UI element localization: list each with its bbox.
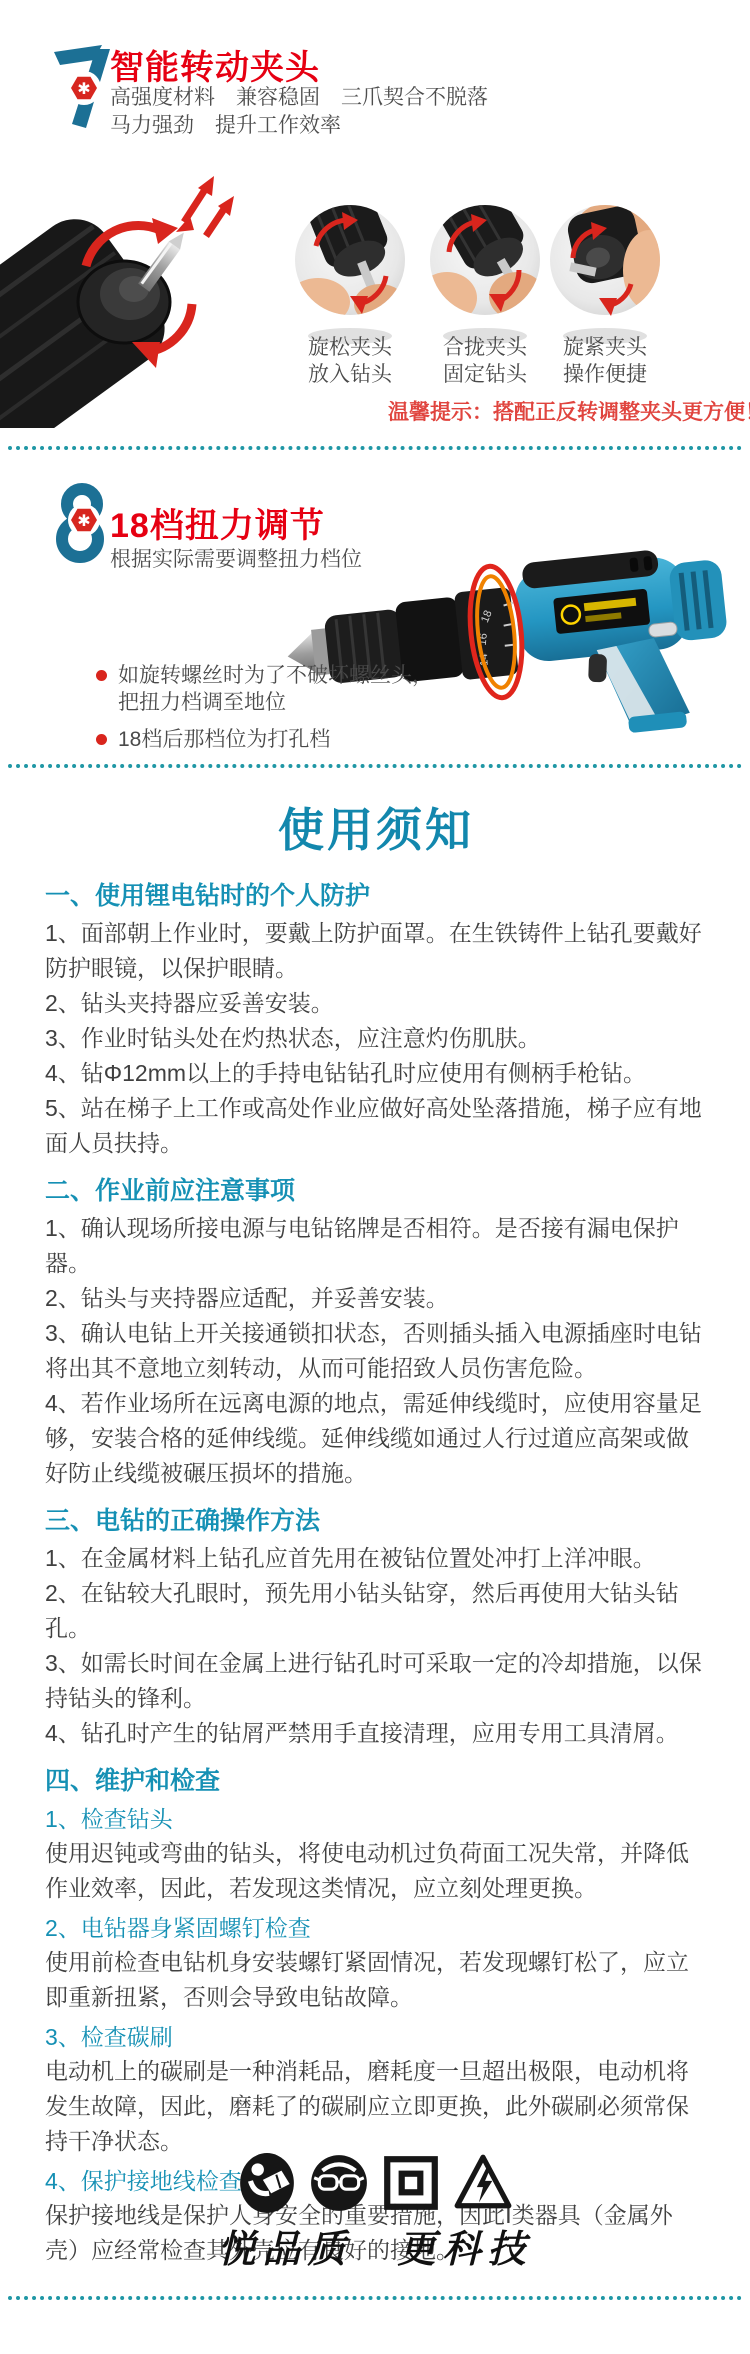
notice-subheading: 3、检查碳刷 (45, 2019, 707, 2052)
numeral-8-icon: ✱ (44, 483, 116, 583)
notice-item: 1、在金属材料上钻孔应首先用在被钻位置处冲打上洋冲眼。 (45, 1541, 707, 1576)
step-photo-close (427, 200, 543, 352)
bullet-dot-icon (96, 670, 107, 681)
numeral-7-icon: ✱ (44, 36, 116, 136)
notice-item: 4、钻Φ12mm以上的手持电钻钻孔时应使用有侧柄手枪钻。 (45, 1056, 707, 1091)
step-caption-line: 旋紧夹头 (530, 334, 680, 361)
notice-item: 4、若作业场所在远离电源的地点，需延伸线缆时，应使用容量足够，安装合格的延伸线缆… (45, 1386, 707, 1491)
notice-item: 2、钻头与夹持器应适配，并妥善安装。 (45, 1281, 707, 1316)
read-manual-icon (238, 2152, 296, 2214)
section7-subtitle: 高强度材料 兼容稳固 三爪契合不脱落 马力强劲 提升工作效率 (110, 84, 488, 140)
bullet-text: 18档后那档位为打孔档 (118, 728, 330, 751)
bullet-dot-icon (96, 734, 107, 745)
chuck-rotation-illustration (0, 136, 234, 428)
step-caption-line: 操作便捷 (530, 361, 680, 388)
svg-text:✱: ✱ (77, 81, 90, 98)
bullet-item: 18档后那档位为打孔档 (96, 726, 440, 753)
notice-item: 1、面部朝上作业时，要戴上防护面罩。在生铁铸件上钻孔要戴好防护眼镜，以保护眼睛。 (45, 916, 707, 986)
step-caption-1: 旋松夹头 放入钻头 (275, 334, 425, 388)
notice-item: 2、在钻较大孔眼时，预先用小钻头钻穿，然后再使用大钻头钻孔。 (45, 1576, 707, 1646)
double-insulation-icon (382, 2152, 440, 2214)
notice-item: 2、钻头夹持器应妥善安装。 (45, 986, 707, 1021)
notice-heading-2: 二、作业前应注意事项 (45, 1171, 707, 1207)
step-caption-line: 旋松夹头 (275, 334, 425, 361)
dotted-divider (8, 764, 742, 768)
step-caption-line: 放入钻头 (275, 361, 425, 388)
electric-hazard-icon (454, 2152, 512, 2214)
notice-heading-1: 一、使用锂电钻时的个人防护 (45, 876, 707, 912)
dotted-divider (8, 446, 742, 450)
notice-subheading: 1、检查钻头 (45, 1801, 707, 1834)
notice-item: 5、站在梯子上工作或高处作业应做好高处坠落措施，梯子应有地面人员扶持。 (45, 1091, 707, 1161)
notice-title: 使用须知 (45, 794, 707, 860)
notice-subheading: 2、电钻器身紧固螺钉检查 (45, 1910, 707, 1943)
step-caption-3: 旋紧夹头 操作便捷 (530, 334, 680, 388)
section7-subtitle-line1: 高强度材料 兼容稳固 三爪契合不脱落 (110, 84, 488, 112)
notice-item: 电动机上的碳刷是一种消耗品，磨耗度一旦超出极限，电动机将发生故障，因此，磨耗了的… (45, 2054, 707, 2159)
notice-item: 1、确认现场所接电源与电钻铭牌是否相符。是否接有漏电保护器。 (45, 1211, 707, 1281)
notice-heading-3: 三、电钻的正确操作方法 (45, 1501, 707, 1537)
brand-slogan: 悦品质 更科技 (0, 2218, 750, 2273)
drill-product-detail-page: ✱ 智能转动夹头 高强度材料 兼容稳固 三爪契合不脱落 马力强劲 提升工作效率 (0, 0, 750, 2354)
step-photo-loosen (292, 200, 408, 352)
notice-item: 4、钻孔时产生的钻屑严禁用手直接清理，应用专用工具清屑。 (45, 1716, 707, 1751)
dotted-divider (8, 2296, 742, 2300)
warm-tip-text: 温馨提示：搭配正反转调整夹头更方便！ (388, 396, 750, 426)
step-photo-tighten (547, 200, 663, 352)
notice-item: 使用前检查电钻机身安装螺钉紧固情况，若发现螺钉松了，应立即重新扭紧，否则会导致电… (45, 1945, 707, 2015)
eye-protection-icon (310, 2152, 368, 2214)
usage-notice-section: 使用须知 一、使用锂电钻时的个人防护 1、面部朝上作业时，要戴上防护面罩。在生铁… (45, 794, 707, 2268)
safety-icons-row (0, 2152, 750, 2214)
section8-bullets: 如旋转螺丝时为了不破坏螺丝头，把扭力档调至地位 18档后那档位为打孔档 (96, 662, 440, 763)
notice-item: 3、作业时钻头处在灼热状态，应注意灼伤肌肤。 (45, 1021, 707, 1056)
notice-item: 3、如需长时间在金属上进行钻孔时可采取一定的冷却措施，以保持钻头的锋利。 (45, 1646, 707, 1716)
notice-item: 使用迟钝或弯曲的钻头，将使电动机过负荷面工况失常，并降低作业效率，因此，若发现这… (45, 1836, 707, 1906)
bullet-text: 如旋转螺丝时为了不破坏螺丝头，把扭力档调至地位 (118, 664, 433, 714)
svg-text:✱: ✱ (77, 513, 90, 530)
notice-item: 3、确认电钻上开关接通锁扣状态，否则插头插入电源插座时电钻将出其不意地立刻转动，… (45, 1316, 707, 1386)
section7-title: 智能转动夹头 (110, 40, 320, 89)
bullet-item: 如旋转螺丝时为了不破坏螺丝头，把扭力档调至地位 (96, 662, 440, 716)
section8-title: 18档扭力调节 (110, 498, 325, 547)
notice-heading-4: 四、维护和检查 (45, 1761, 707, 1797)
